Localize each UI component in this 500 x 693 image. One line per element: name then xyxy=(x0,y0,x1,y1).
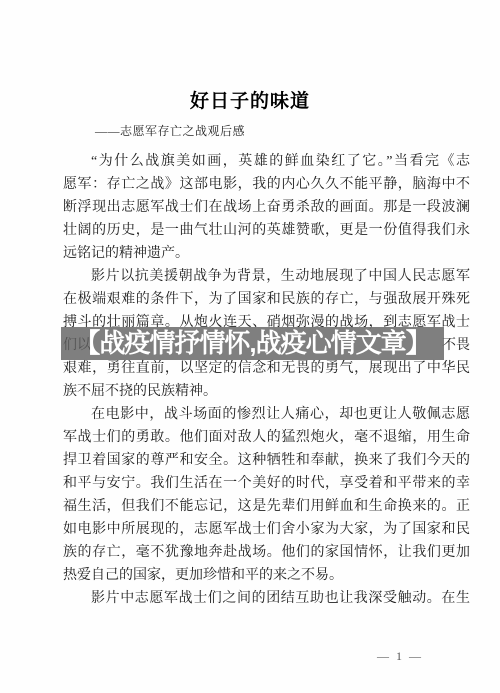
text-line: 影片以抗美援朝战争为背景，生动地展现了中国人民志愿军 xyxy=(63,265,470,288)
text-line: 在电影中，战斗场面的惨烈让人痛心，却也更让人敬佩志愿 xyxy=(63,403,470,426)
essay-body: “为什么战旗美如画，英雄的鲜血染红了它。”当看完《志 愿军：存亡之战》这部电影，… xyxy=(63,150,470,610)
text-line: 远铭记的精神遗产。 xyxy=(63,242,470,265)
text-line: 捍卫着国家的尊严和安全。这种牺牲和奉献，换来了我们今天的 xyxy=(63,449,470,472)
text-line: 和平与安宁。我们生活在一个美好的时代，享受着和平带来的幸 xyxy=(63,472,470,495)
text-line: 福生活，但我们不能忘记，这是先辈们用鲜血和生命换来的。正 xyxy=(63,495,470,518)
text-line: 断浮现出志愿军战士们在战场上奋勇杀敌的画面。那是一段波澜 xyxy=(63,196,470,219)
obscured-line-end: 不畏 xyxy=(442,334,470,357)
watermark-banner: 【战疫情抒情怀,战疫心情文章】 xyxy=(61,327,444,360)
text-line: 在极端艰难的条件下，为了国家和民族的存亡，与强敌展开殊死 xyxy=(63,288,470,311)
document-page: 好日子的味道 ——志愿军存亡之战观后感 “为什么战旗美如画，英雄的鲜血染红了它。… xyxy=(0,0,500,693)
text-line: 军战士们的勇敢。他们面对敌人的猛烈炮火，毫不退缩，用生命 xyxy=(63,426,470,449)
text-line: 热爱自己的国家，更加珍惜和平的来之不易。 xyxy=(63,564,470,587)
text-line: 影片中志愿军战士们之间的团结互助也让我深受触动。在生 xyxy=(63,587,470,610)
text-line: 如电影中所展现的，志愿军战士们舍小家为大家，为了国家和民 xyxy=(63,518,470,541)
text-line: 壮阔的历史，是一曲气壮山河的英雄赞歌，更是一份值得我们永 xyxy=(63,219,470,242)
text-line: 艰难，勇往直前，以坚定的信念和无畏的勇气，展现出了中华民 xyxy=(63,357,470,380)
text-line: 愿军：存亡之战》这部电影，我的内心久久不能平静，脑海中不 xyxy=(63,173,470,196)
text-line: “为什么战旗美如画，英雄的鲜血染红了它。”当看完《志 xyxy=(63,150,470,173)
essay-title: 好日子的味道 xyxy=(0,86,500,113)
page-number: — 1 — xyxy=(377,649,423,664)
text-line: 族的存亡，毫不犹豫地奔赴战场。他们的家国情怀，让我们更加 xyxy=(63,541,470,564)
essay-subtitle: ——志愿军存亡之战观后感 xyxy=(95,122,245,139)
text-line: 族不屈不挠的民族精神。 xyxy=(63,380,470,403)
